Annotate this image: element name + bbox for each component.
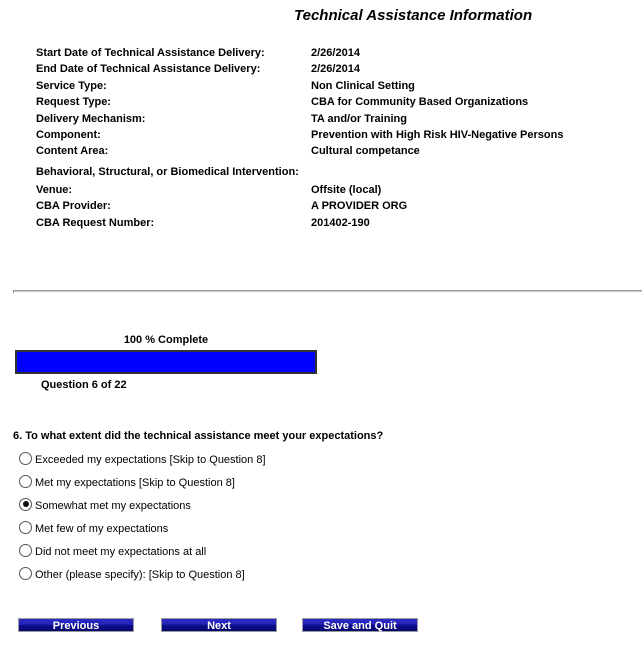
option-met-few[interactable]: Met few of my expectations: [19, 517, 266, 540]
option-label: Somewhat met my expectations: [35, 500, 191, 512]
progress-fill: [17, 352, 315, 372]
question-count: Question 6 of 22: [41, 379, 127, 391]
option-label: Did not meet my expectations at all: [35, 546, 206, 558]
info-label: Delivery Mechanism:: [36, 111, 145, 127]
info-value: Offsite (local): [311, 182, 381, 198]
save-and-quit-button[interactable]: Save and Quit: [302, 618, 418, 632]
info-value: Non Clinical Setting: [311, 78, 415, 94]
info-value: A PROVIDER ORG: [311, 198, 407, 214]
previous-button[interactable]: Previous: [18, 618, 134, 632]
radio-button[interactable]: [19, 521, 32, 534]
info-label: Behavioral, Structural, or Biomedical In…: [36, 162, 299, 182]
option-somewhat-met[interactable]: Somewhat met my expectations: [19, 494, 266, 517]
progress-label: 100 % Complete: [15, 334, 317, 346]
page-title: Technical Assistance Information: [294, 7, 532, 24]
section-divider: [13, 290, 642, 292]
info-value: 2/26/2014: [311, 45, 360, 61]
option-other[interactable]: Other (please specify): [Skip to Questio…: [19, 563, 266, 586]
info-value: 2/26/2014: [311, 61, 360, 77]
info-value: 201402-190: [311, 215, 370, 231]
option-label: Met my expectations [Skip to Question 8]: [35, 477, 235, 489]
radio-button[interactable]: [19, 498, 32, 511]
next-button[interactable]: Next: [161, 618, 277, 632]
info-label: End Date of Technical Assistance Deliver…: [36, 61, 260, 77]
info-value: Cultural competance: [311, 143, 420, 159]
radio-button[interactable]: [19, 544, 32, 557]
info-label: Service Type:: [36, 78, 107, 94]
info-label: Component:: [36, 127, 101, 143]
progress-bar: [15, 350, 317, 374]
info-value: CBA for Community Based Organizations: [311, 94, 528, 110]
info-label: Start Date of Technical Assistance Deliv…: [36, 45, 265, 61]
info-value: Prevention with High Risk HIV-Negative P…: [311, 127, 563, 143]
answer-options: Exceeded my expectations [Skip to Questi…: [19, 448, 266, 586]
info-value: TA and/or Training: [311, 111, 407, 127]
info-label: Venue:: [36, 182, 72, 198]
question-text: 6. To what extent did the technical assi…: [13, 430, 383, 442]
info-label: CBA Request Number:: [36, 215, 154, 231]
radio-button[interactable]: [19, 452, 32, 465]
option-label: Exceeded my expectations [Skip to Questi…: [35, 454, 266, 466]
info-label: Request Type:: [36, 94, 111, 110]
option-exceeded[interactable]: Exceeded my expectations [Skip to Questi…: [19, 448, 266, 471]
info-label: Content Area:: [36, 143, 108, 159]
option-label: Other (please specify): [Skip to Questio…: [35, 569, 245, 581]
option-did-not-meet[interactable]: Did not meet my expectations at all: [19, 540, 266, 563]
radio-button[interactable]: [19, 475, 32, 488]
info-label: CBA Provider:: [36, 198, 111, 214]
option-label: Met few of my expectations: [35, 523, 168, 535]
option-met[interactable]: Met my expectations [Skip to Question 8]: [19, 471, 266, 494]
radio-button[interactable]: [19, 567, 32, 580]
